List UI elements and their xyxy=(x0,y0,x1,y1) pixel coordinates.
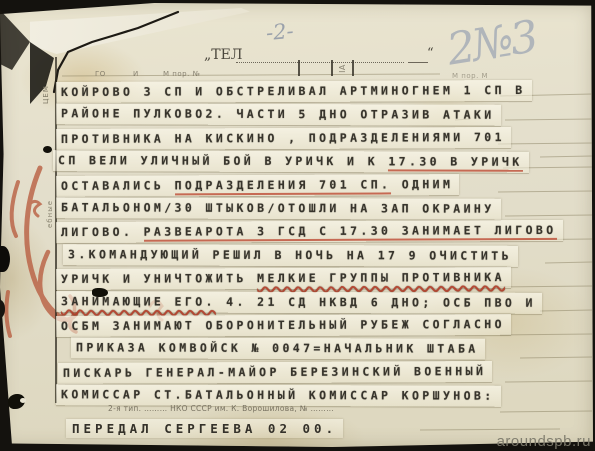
scanned-telegram-page: -2- 2№3 „ТЕЛ “ ГО И М пор. № ІА М пор. М… xyxy=(0,0,595,451)
telegram-text-segment: ПИСКАРЬ ГЕНЕРАЛ-МАЙОР БЕРЕЗИНСКИЙ ВОЕННЫ… xyxy=(63,364,486,380)
telegram-line: УРИЧК И УНИЧТОЖИТЬ МЕЛКИЕ ГРУППЫ ПРОТИВН… xyxy=(56,267,511,290)
telegram-text-segment: РАЗВЕАРОТА 3 ГСД С 17.30 ЗАНИМАЕТ ЛИГОВО xyxy=(144,223,557,242)
form-field-label: М пор. М xyxy=(452,72,488,80)
telegram-line: ПРОТИВНИКА НА КИСКИНО , ПОДРАЗДЕЛЕНИЯМИ … xyxy=(56,127,511,150)
telegram-text-segment: БАТАЛЬОНОМ/30 ШТЫКОВ/ОТОШЛИ НА ЗАП ОКРАИ… xyxy=(61,200,495,216)
telegram-closing-line: ПЕРЕДАЛ СЕРГЕЕВА 02 00. xyxy=(66,419,343,438)
form-side-label: ЦЕМ xyxy=(42,85,50,104)
telegram-line: ОСТАВАЛИСЬ ПОДРАЗДЕЛЕНИЯ 701 СП. ОДНИМ xyxy=(56,174,459,197)
telegram-text-segment: УРИЧК И УНИЧТОЖИТЬ xyxy=(61,271,257,286)
form-field-label: М пор. № xyxy=(163,70,200,78)
telegram-text-segment: ЛИГОВО. xyxy=(61,225,144,239)
telegram-text-segment: ПРИКАЗА КОМВОЙСК № 0047=НАЧАЛЬНИК ШТАБА xyxy=(76,341,479,356)
telegram-text-segment: РАЙОНЕ ПУЛКОВО2. ЧАСТИ 5 ДНО ОТРАЗИВ АТА… xyxy=(61,107,495,123)
telegram-text-segment: ПОДРАЗДЕЛЕНИЯ 701 СП. xyxy=(175,177,392,195)
ink-blot xyxy=(92,288,108,297)
telegram-line: ПИСКАРЬ ГЕНЕРАЛ-МАЙОР БЕРЕЗИНСКИЙ ВОЕННЫ… xyxy=(58,361,492,384)
form-column-divider xyxy=(352,60,354,76)
form-side-label: ебные xyxy=(46,200,54,228)
form-title-close-quote: “ xyxy=(427,46,434,61)
ink-blot-highlight xyxy=(20,398,26,403)
printer-imprint: 2-я тип. ……… НКО СССР им. К. Ворошилова,… xyxy=(108,404,334,413)
form-title-underline xyxy=(236,61,404,63)
telegram-line: ОСБМ ЗАНИМАЮТ ОБОРОНИТЕЛЬНЫЙ РУБЕЖ СОГЛА… xyxy=(56,314,511,337)
telegram-text-segment: ПРОТИВНИКА НА КИСКИНО , ПОДРАЗДЕЛЕНИЯМИ … xyxy=(61,130,505,146)
telegram-text-segment: МЕЛКИЕ ГРУППЫ ПРОТИВНИКА xyxy=(257,270,505,285)
telegram-line: ЛИГОВО. РАЗВЕАРОТА 3 ГСД С 17.30 ЗАНИМАЕ… xyxy=(56,220,563,243)
form-column-divider xyxy=(298,60,300,76)
site-watermark: aroundspb.ru xyxy=(497,433,591,450)
form-column-divider xyxy=(331,60,333,76)
telegram-line: БАТАЛЬОНОМ/30 ШТЫКОВ/ОТОШЛИ НА ЗАП ОКРАИ… xyxy=(56,197,501,220)
form-field-label: И xyxy=(133,70,139,78)
ink-blot xyxy=(43,146,52,153)
telegram-text-segment: ОДНИМ xyxy=(391,177,453,191)
telegram-text-segment: ОСБМ ЗАНИМАЮТ ОБОРОНИТЕЛЬНЫЙ РУБЕЖ СОГЛА… xyxy=(61,317,505,333)
telegram-text-segment: 4. 21 СД НКВД 6 ДНО; ОСБ ПВО И xyxy=(216,294,536,309)
telegram-text-segment: ЗАНИМАЮЩИЕ ЕГО. xyxy=(61,294,216,309)
telegram-text-segment: КОМИССАР СТ.БАТАЛЬОННЫЙ КОМИССАР КОРШУНО… xyxy=(61,387,495,403)
handwritten-page-number: -2- xyxy=(265,19,295,45)
telegram-line: 3.КОМАНДУЮЩИЙ РЕШИЛ В НОЧЬ НА 17 9 ОЧИСТ… xyxy=(63,244,518,267)
form-field-label: ГО xyxy=(95,70,106,78)
telegram-line: ЗАНИМАЮЩИЕ ЕГО. 4. 21 СД НКВД 6 ДНО; ОСБ… xyxy=(56,291,542,314)
telegram-text-segment: 3.КОМАНДУЮЩИЙ РЕШИЛ В НОЧЬ НА 17 9 ОЧИСТ… xyxy=(68,247,512,263)
telegram-lines: КОЙРОВО 3 СП И ОБСТРЕЛИВАЛ АРТМИНОГНЕМ 1… xyxy=(56,81,586,408)
telegram-line: СП ВЕЛИ УЛИЧНЫЙ БОЙ В УРИЧК И К 17.30 В … xyxy=(53,150,529,173)
form-title-underline-end xyxy=(408,61,428,63)
telegram-text-segment: КОЙРОВО 3 СП И ОБСТРЕЛИВАЛ АРТМИНОГНЕМ 1… xyxy=(61,83,526,99)
telegram-line: РАЙОНЕ ПУЛКОВО2. ЧАСТИ 5 ДНО ОТРАЗИВ АТА… xyxy=(56,104,501,127)
telegram-text-segment: СП ВЕЛИ УЛИЧНЫЙ БОЙ В УРИЧК И К xyxy=(58,153,388,168)
telegram-text-segment: 17.30 В УРИЧК xyxy=(388,155,522,172)
telegram-text-segment: ОСТАВАЛИСЬ xyxy=(61,178,175,192)
form-field-label: ІА xyxy=(338,64,347,73)
telegram-line: КОЙРОВО 3 СП И ОБСТРЕЛИВАЛ АРТМИНОГНЕМ 1… xyxy=(56,80,532,103)
telegram-line: ПРИКАЗА КОМВОЙСК № 0047=НАЧАЛЬНИК ШТАБА xyxy=(71,338,485,360)
